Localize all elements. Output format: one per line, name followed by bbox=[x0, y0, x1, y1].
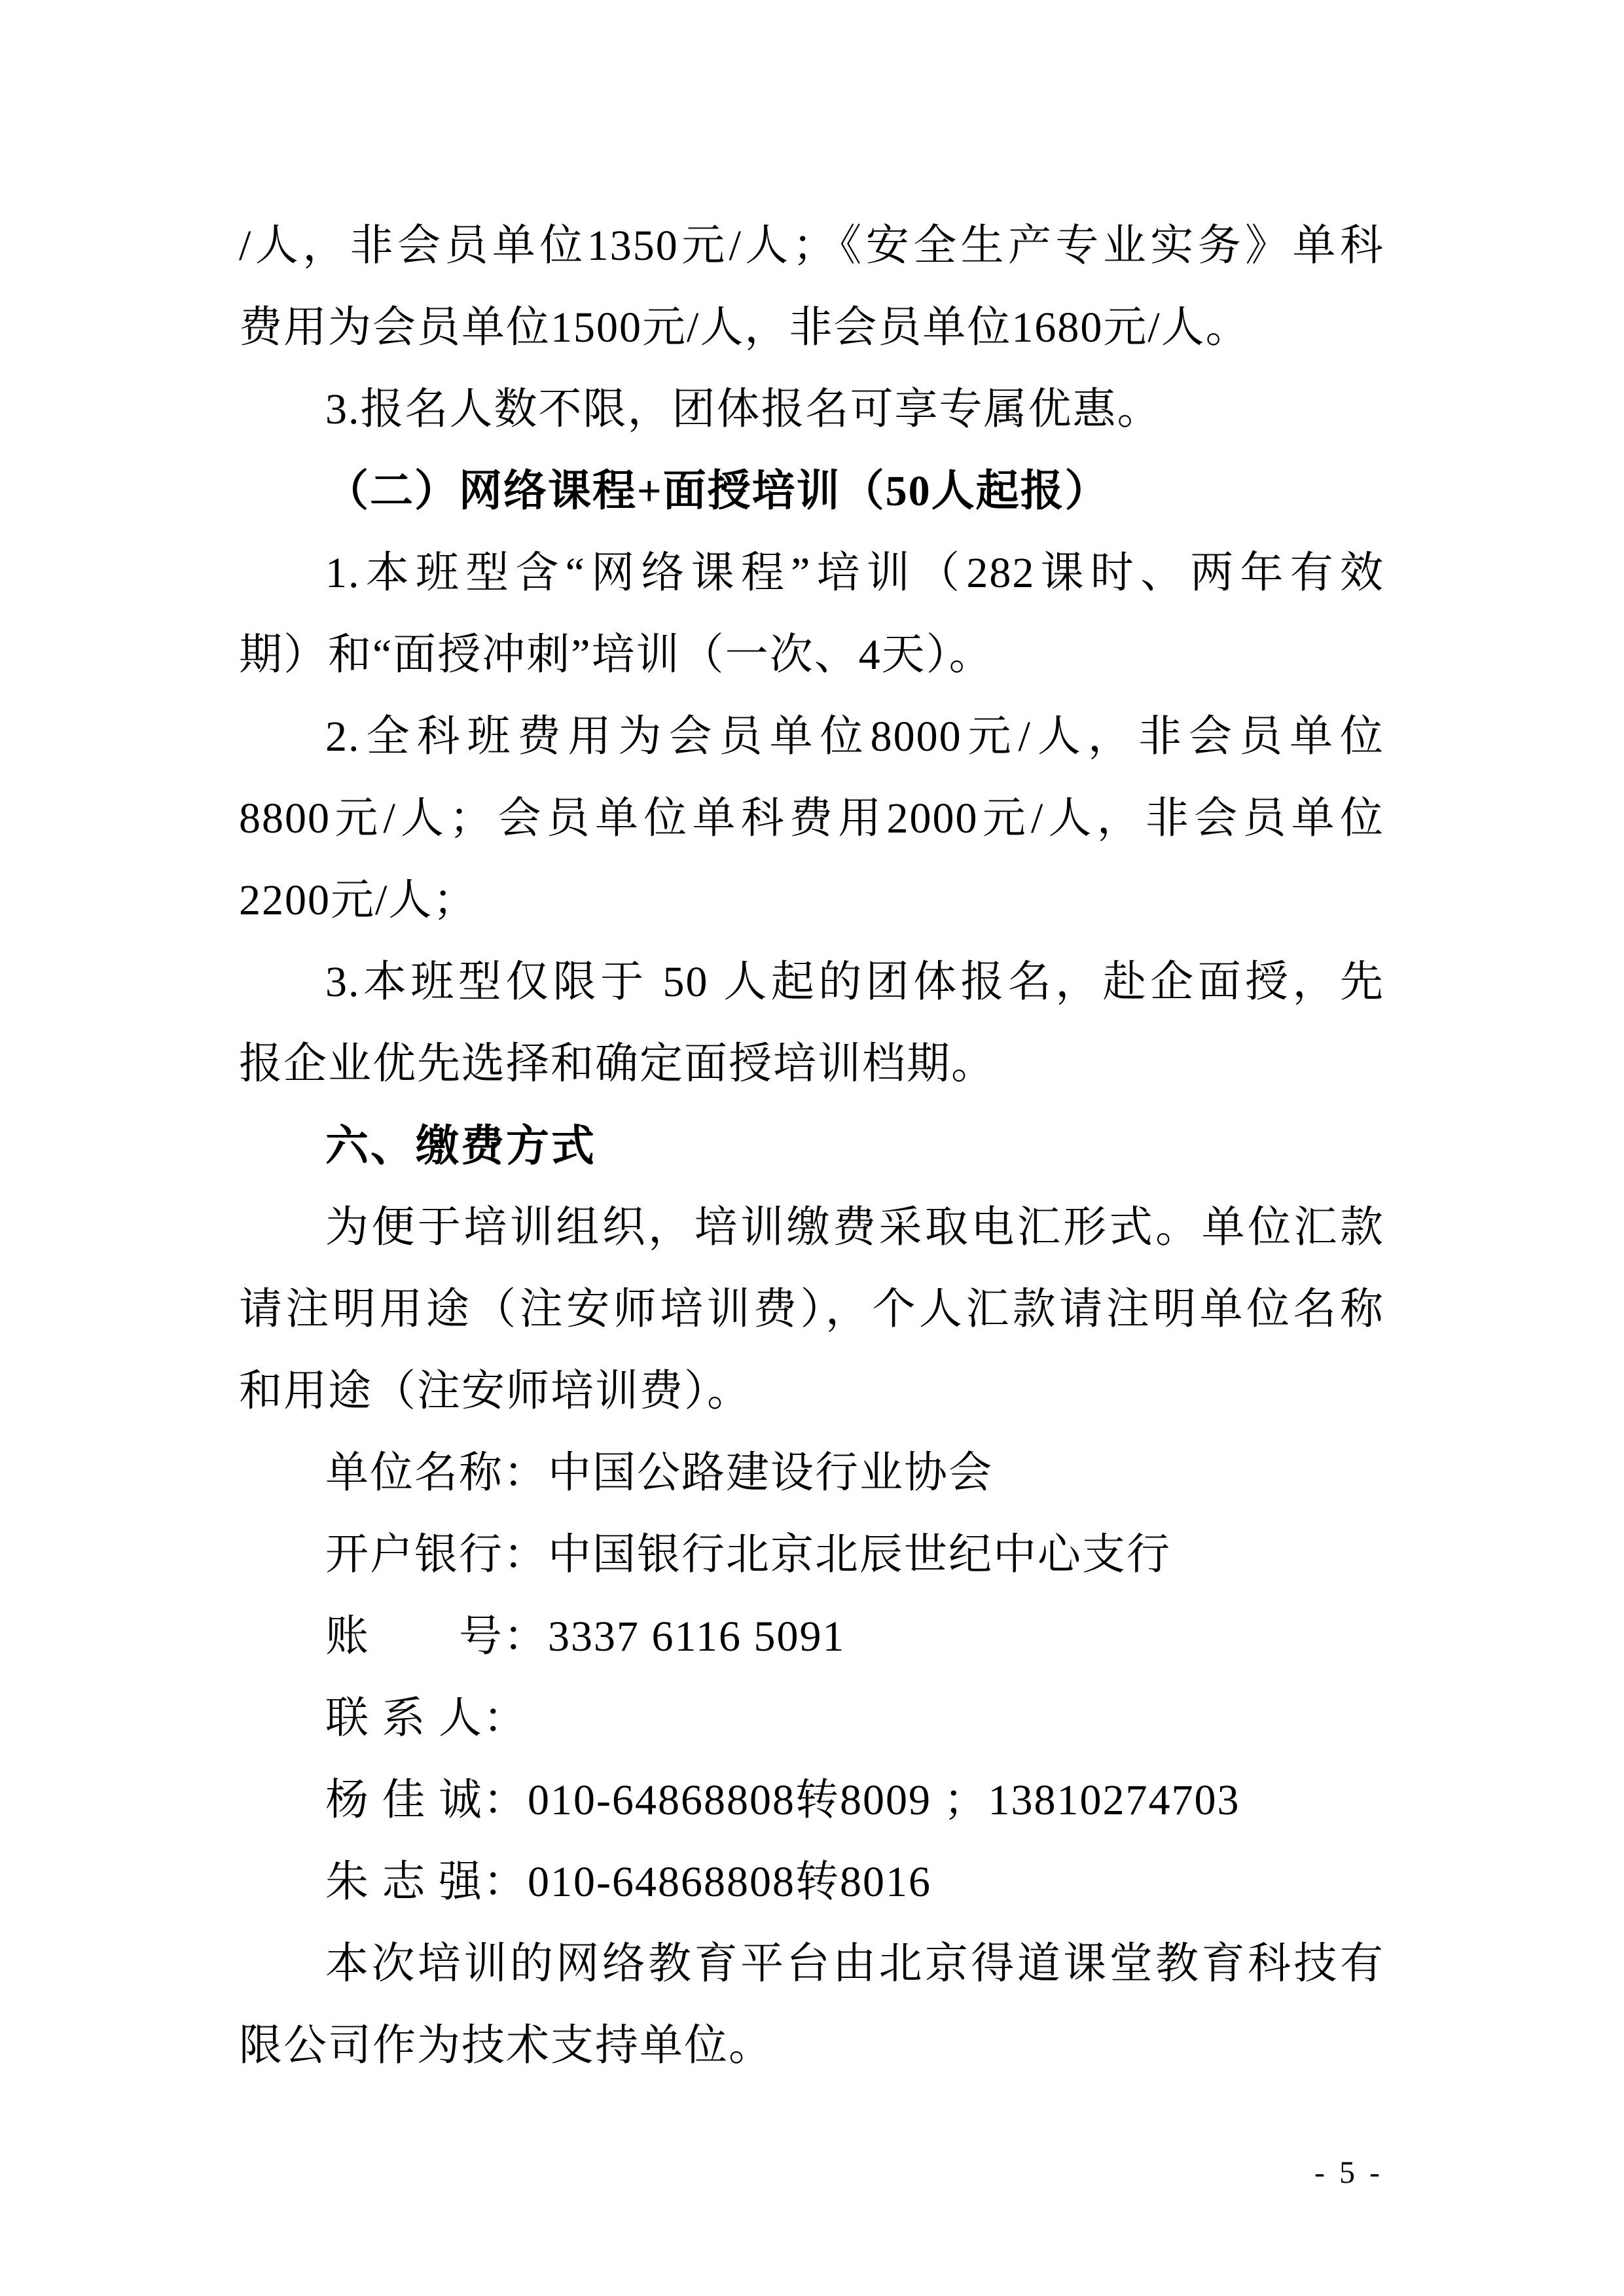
text-line: 1.本班型含“网络课程”培训（282课时、两年有效 bbox=[239, 532, 1384, 614]
text-line: 本次培训的网络教育平台由北京得道课堂教育科技有 bbox=[239, 1923, 1384, 2005]
text-line: 3.本班型仅限于 50 人起的团体报名，赴企面授，先 bbox=[239, 941, 1384, 1023]
text-line: 单位名称：中国公路建设行业协会 bbox=[239, 1432, 1384, 1514]
text-line: 报企业优先选择和确定面授培训档期。 bbox=[239, 1023, 1384, 1105]
text-line: 2200元/人； bbox=[239, 859, 1384, 941]
text-line: 账 号：3337 6116 5091 bbox=[239, 1596, 1384, 1677]
text-line: 限公司作为技术支持单位。 bbox=[239, 2005, 1384, 2087]
document-content: /人，非会员单位1350元/人；《安全生产专业实务》单科费用为会员单位1500元… bbox=[239, 205, 1384, 2087]
text-line: 朱 志 强：010-64868808转8016 bbox=[239, 1841, 1384, 1923]
text-line: 为便于培训组织，培训缴费采取电汇形式。单位汇款 bbox=[239, 1187, 1384, 1268]
text-line: /人，非会员单位1350元/人；《安全生产专业实务》单科 bbox=[239, 205, 1384, 287]
text-line: 杨 佳 诚：010-64868808转8009 ；13810274703 bbox=[239, 1759, 1384, 1841]
text-line: 期）和“面授冲刺”培训（一次、4天）。 bbox=[239, 614, 1384, 696]
text-line: 和用途（注安师培训费）。 bbox=[239, 1350, 1384, 1432]
text-line: 2.全科班费用为会员单位8000元/人，非会员单位 bbox=[239, 696, 1384, 778]
document-page: /人，非会员单位1350元/人；《安全生产专业实务》单科费用为会员单位1500元… bbox=[0, 0, 1624, 2296]
text-line: 六、缴费方式 bbox=[239, 1105, 1384, 1187]
text-line: 8800元/人；会员单位单科费用2000元/人，非会员单位 bbox=[239, 778, 1384, 859]
text-line: 联 系 人： bbox=[239, 1677, 1384, 1759]
text-line: （二）网络课程+面授培训（50人起报） bbox=[239, 450, 1384, 532]
page-number: - 5 - bbox=[1314, 2155, 1383, 2191]
text-line: 费用为会员单位1500元/人，非会员单位1680元/人。 bbox=[239, 287, 1384, 368]
text-line: 3.报名人数不限，团体报名可享专属优惠。 bbox=[239, 368, 1384, 450]
text-line: 请注明用途（注安师培训费），个人汇款请注明单位名称 bbox=[239, 1268, 1384, 1350]
text-line: 开户银行：中国银行北京北辰世纪中心支行 bbox=[239, 1514, 1384, 1596]
